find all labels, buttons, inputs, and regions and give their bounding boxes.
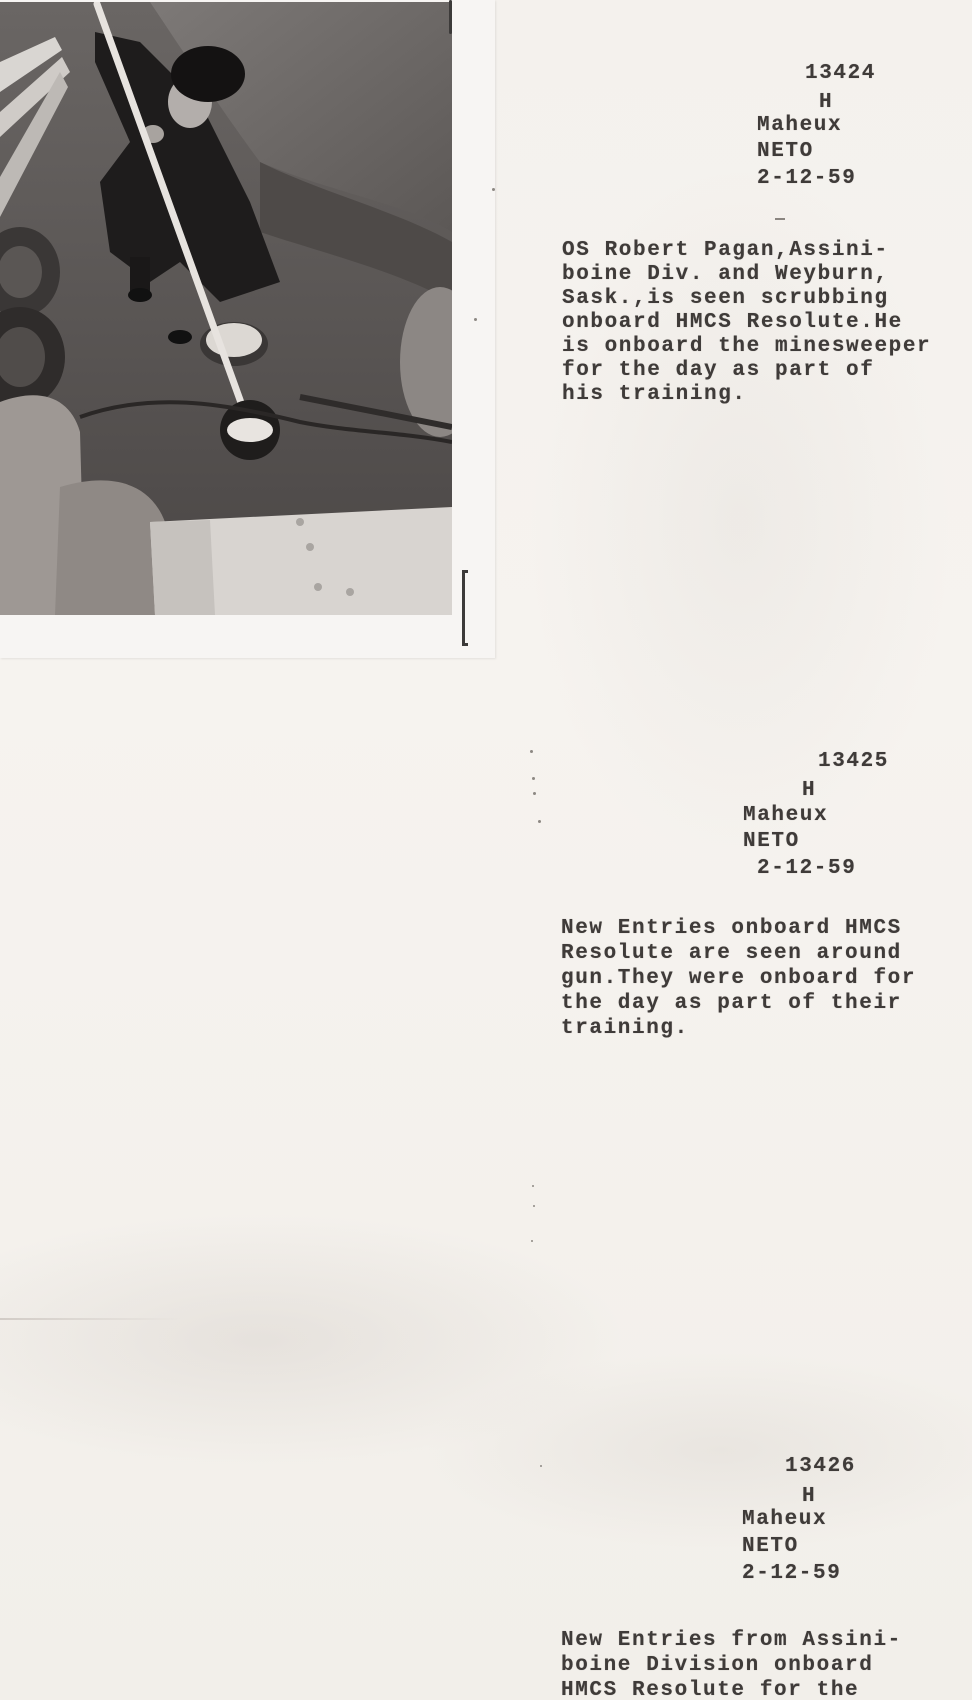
entry-date: 2-12-59 [757,856,856,882]
caption-line: Resolute are seen around [561,941,902,966]
entry-date: 2-12-59 [742,1561,841,1587]
staple-mark-top [449,0,452,34]
caption-line: his training. [562,382,747,407]
caption-line: boine Division onboard [561,1653,873,1678]
caption-line: OS Robert Pagan,Assini- [562,238,889,263]
paper-speck [474,318,477,321]
caption-line: onboard HMCS Resolute.He [562,310,903,335]
photograph-sailor-scrubbing-deck-icon [0,2,452,615]
entry-number: 13426 [785,1454,856,1480]
entry-office: NETO [743,829,800,855]
attached-photograph [0,0,495,658]
entry-code: H [802,778,816,804]
entry-date: 2-12-59 [757,166,856,192]
entry-office: NETO [742,1534,799,1560]
paper-speck [492,188,495,191]
caption-line: New Entries from Assini- [561,1628,902,1653]
staple-mark-bottom [462,570,465,646]
entry-photographer: Maheux [742,1507,827,1533]
paper-speck [538,820,541,823]
caption-line: is onboard the minesweeper [562,334,931,359]
paper-speck [532,1185,534,1187]
entry-photographer: Maheux [743,803,828,829]
paper-speck [540,1465,542,1467]
typed-dash-mark [775,218,785,220]
entry-number: 13424 [805,61,876,87]
entry-number: 13425 [818,749,889,775]
paper-speck [531,1240,533,1242]
paper-speck [532,777,535,780]
paper-speck [530,750,533,753]
paper-speck [533,1205,535,1207]
caption-line: boine Div. and Weyburn, [562,262,889,287]
caption-line: Sask.,is seen scrubbing [562,286,889,311]
photograph-image [0,2,452,615]
paper-fold-line [0,1318,180,1320]
paper-speck [533,792,536,795]
caption-line: gun.They were onboard for [561,966,916,991]
caption-line: training. [561,1016,689,1041]
caption-line: for the day as part of [562,358,874,383]
entry-office: NETO [757,139,814,165]
caption-line: HMCS Resolute for the [561,1678,859,1700]
entry-photographer: Maheux [757,113,842,139]
caption-line: New Entries onboard HMCS [561,916,902,941]
caption-line: the day as part of their [561,991,902,1016]
